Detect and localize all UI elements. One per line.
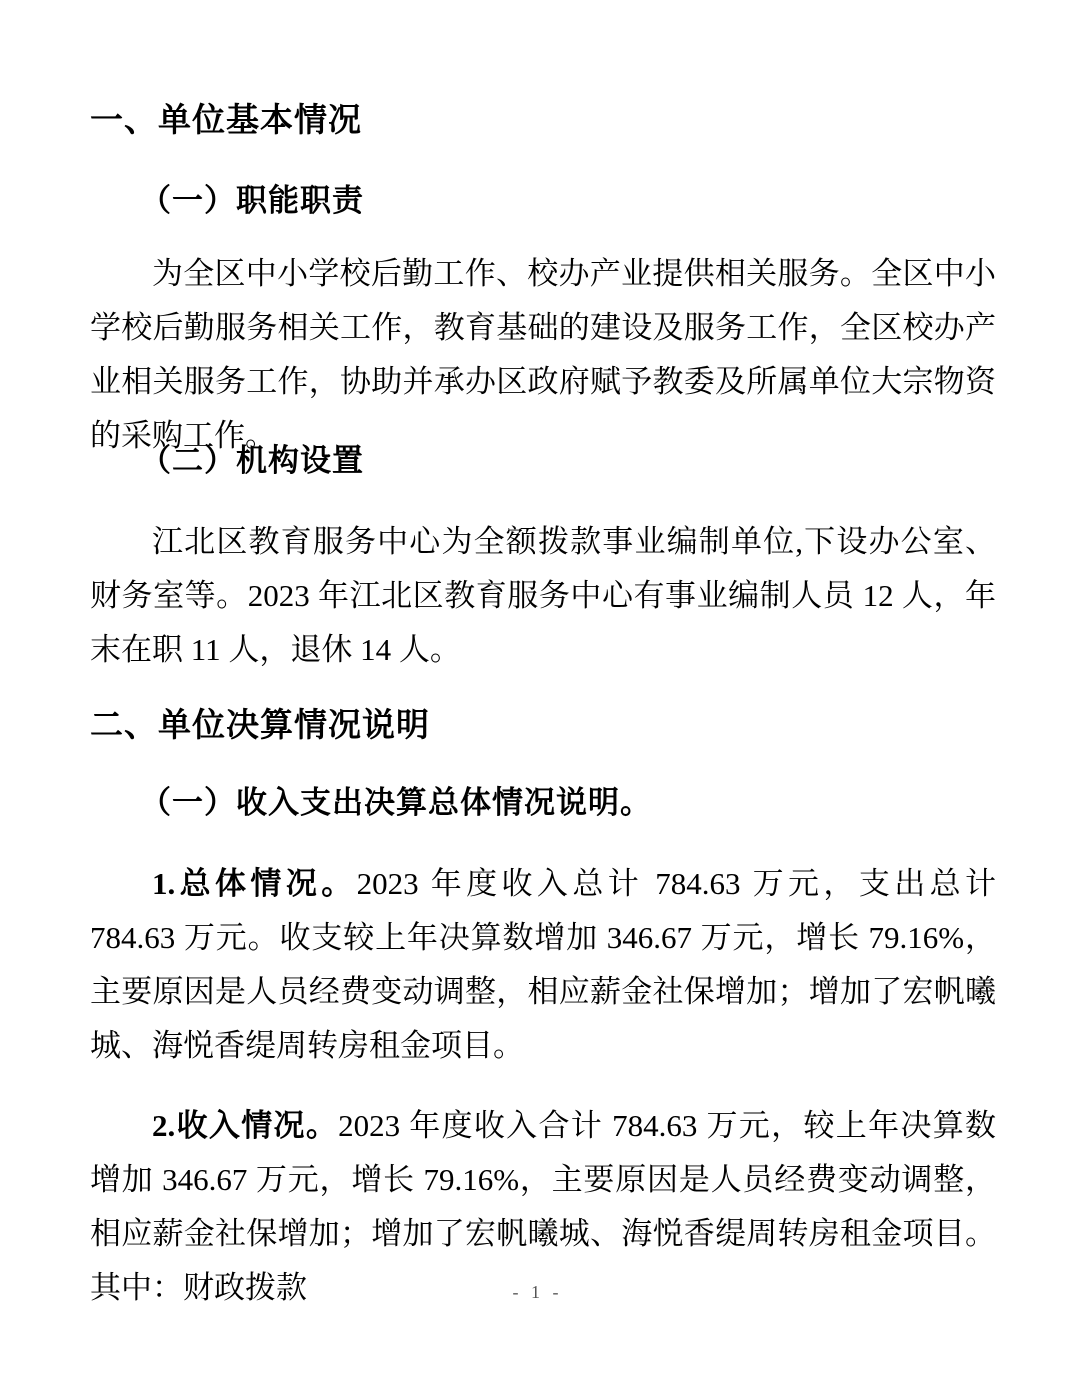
- page-number: - 1 -: [0, 1282, 1075, 1303]
- paragraph-functions-duties: 为全区中小学校后勤工作、校办产业提供相关服务。全区中小学校后勤服务相关工作，教育…: [90, 247, 996, 463]
- subheading-income-expenditure-overview: （一）收入支出决算总体情况说明。: [140, 783, 652, 823]
- section-heading-basic-info: 一、单位基本情况: [90, 100, 362, 140]
- document-page: 一、单位基本情况 （一）职能职责 为全区中小学校后勤工作、校办产业提供相关服务。…: [0, 0, 1075, 1396]
- paragraph-income-situation-lead: 2.收入情况。: [152, 1108, 338, 1143]
- subheading-functions-duties: （一）职能职责: [140, 181, 364, 221]
- paragraph-overall-situation-lead: 1.总体情况。: [152, 866, 357, 901]
- subheading-organization-setup: （二）机构设置: [140, 441, 364, 481]
- paragraph-organization-setup: 江北区教育服务中心为全额拨款事业编制单位,下设办公室、财务室等。2023 年江北…: [90, 515, 996, 677]
- paragraph-overall-situation: 1.总体情况。2023 年度收入总计 784.63 万元，支出总计 784.63…: [90, 857, 996, 1073]
- section-heading-final-accounts: 二、单位决算情况说明: [90, 705, 430, 745]
